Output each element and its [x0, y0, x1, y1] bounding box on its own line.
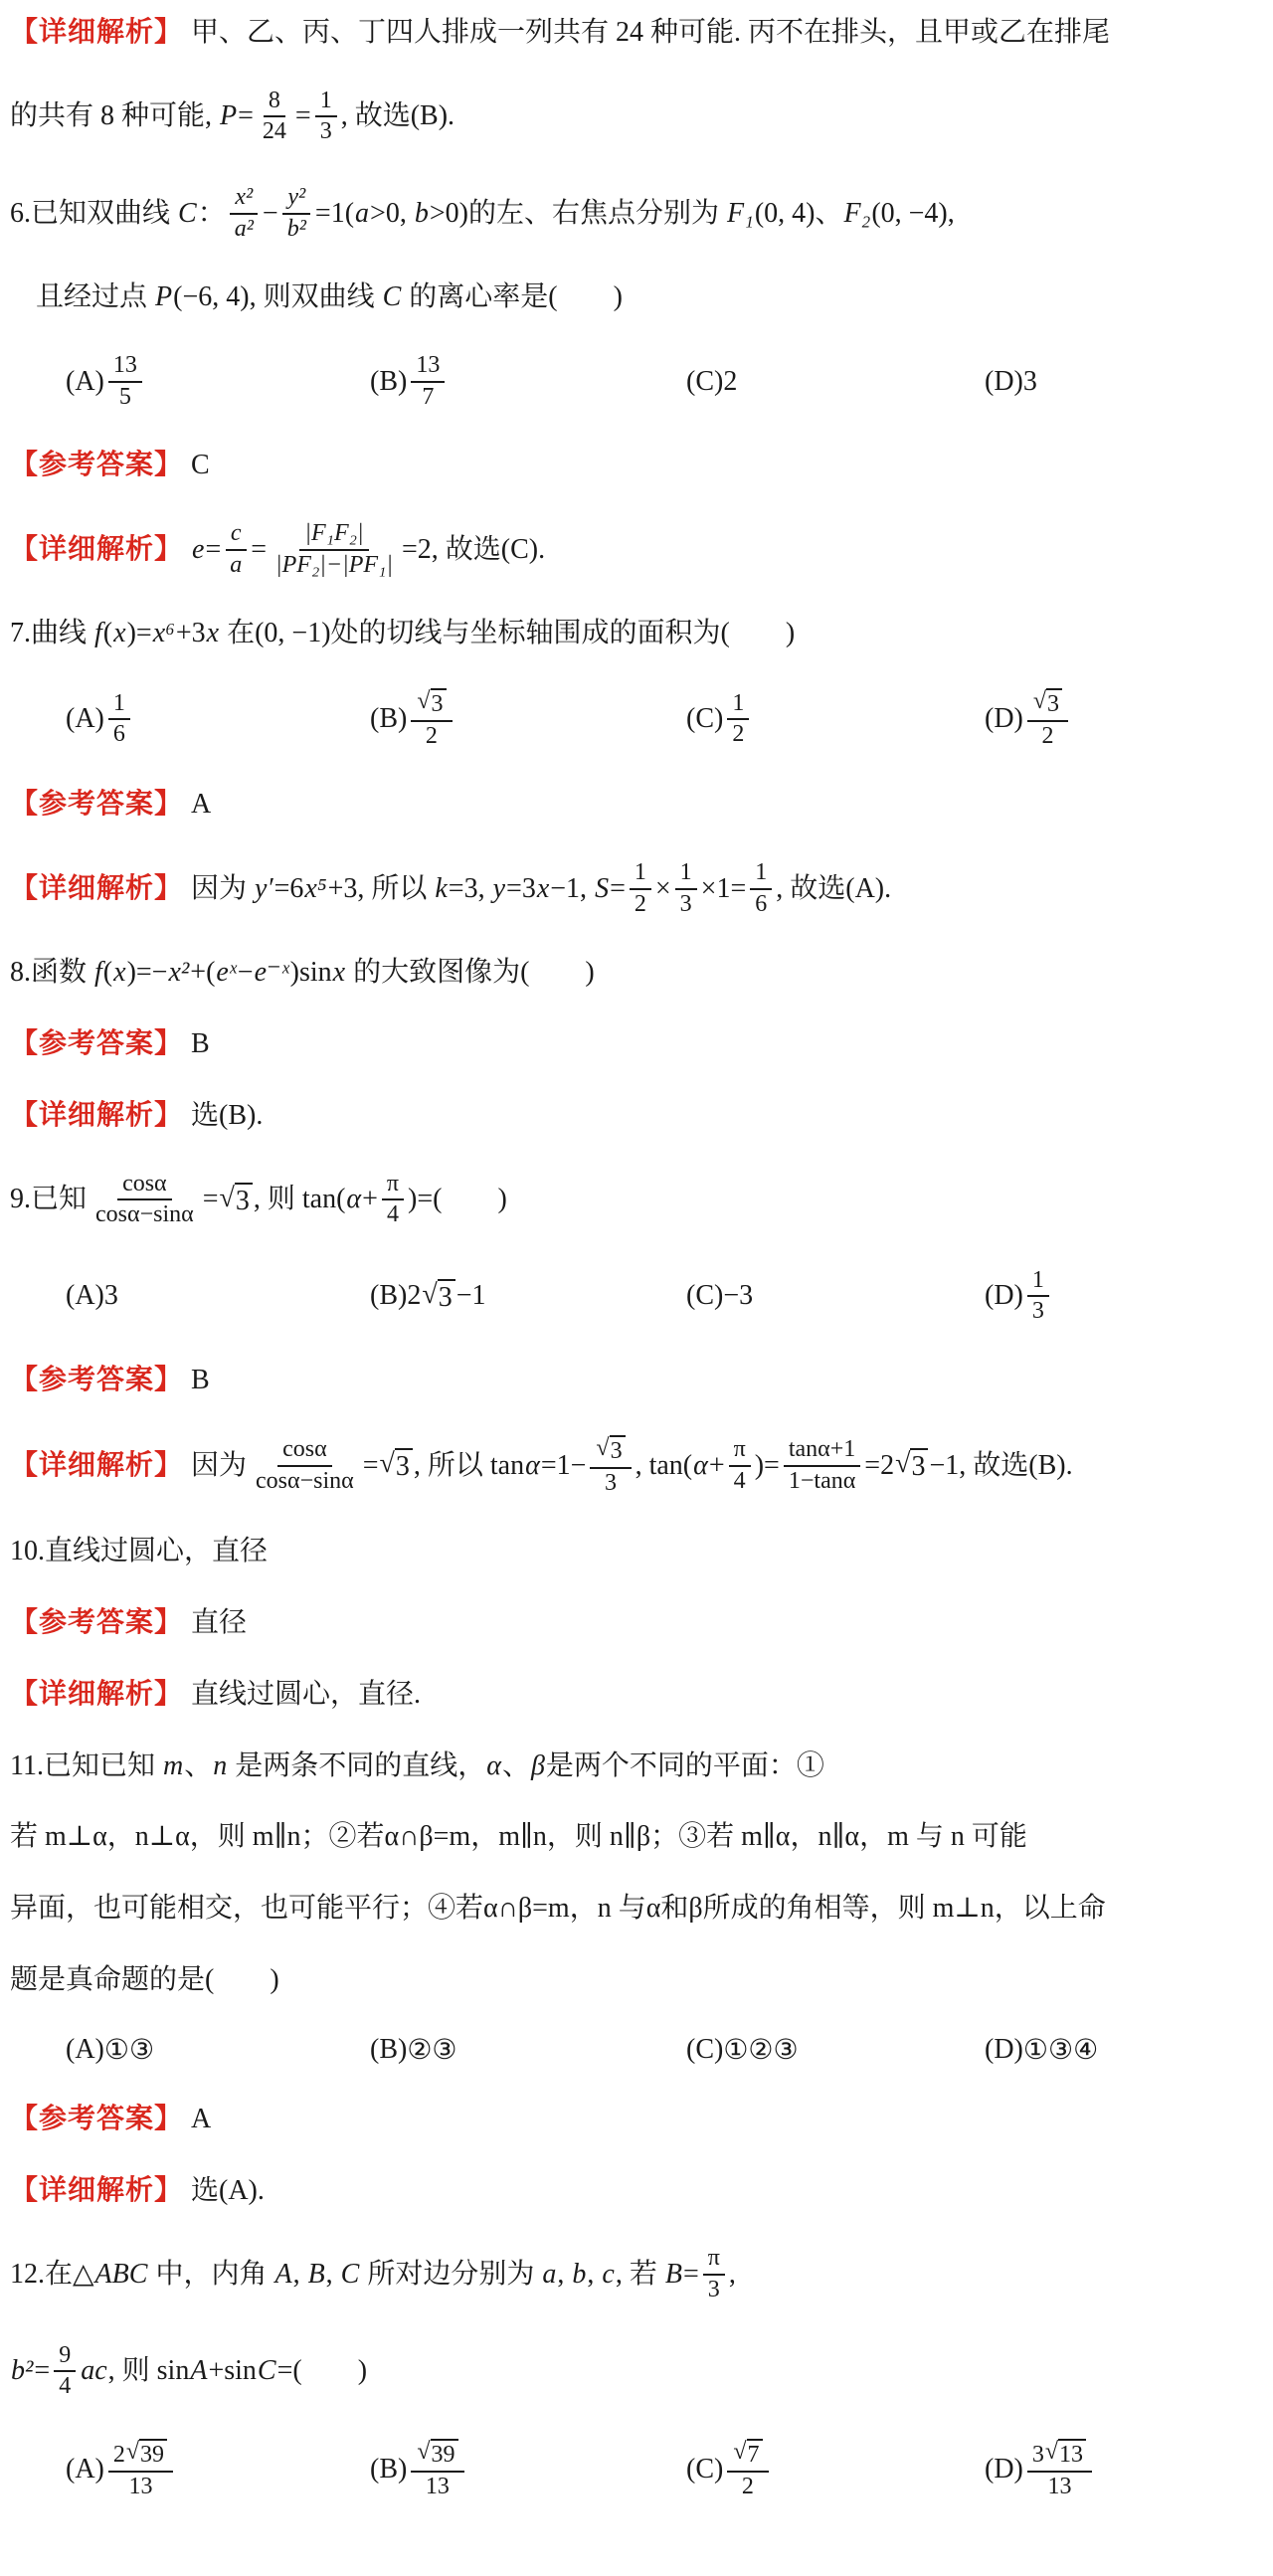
text-run: B: [191, 1362, 210, 1399]
text-run: 2: [1041, 723, 1053, 751]
text-run: 1−tanα: [789, 1468, 855, 1496]
math-var: m: [162, 1748, 184, 1785]
option-label: (C): [686, 703, 723, 735]
radicand: 3: [438, 1279, 455, 1315]
text-run: 1: [320, 88, 332, 115]
options-row: (A)135(B)137(C)2(D)3: [10, 350, 1265, 413]
text-run: 9.已知: [10, 1181, 87, 1218]
text-run: =1(: [315, 195, 354, 233]
math-var: A: [189, 2352, 208, 2390]
fraction: |F₁F₂||PF₂|−|PF₁|: [271, 520, 398, 579]
text-run: 中，内角: [148, 2256, 273, 2294]
math-var: x: [112, 954, 126, 992]
options-row: (A)①③(B)②③(C)①②③(D)①③④: [10, 2033, 1265, 2067]
answer-paragraph: 【参考答案】A: [10, 2101, 1265, 2138]
option-c: (C)12: [686, 688, 985, 751]
option-label: (B): [370, 1280, 407, 1312]
text-run: 2: [113, 2442, 125, 2470]
text-run: −1, 故选(B).: [929, 1447, 1072, 1485]
numerator: √3: [1027, 688, 1068, 722]
text-run: )=−: [127, 954, 168, 992]
answer-paragraph: 【参考答案】A: [10, 786, 1265, 824]
math-var: C: [257, 2352, 277, 2390]
text-run: cosα: [122, 1171, 167, 1198]
option-label: (B): [370, 2454, 407, 2485]
option-label: (D): [985, 2034, 1023, 2066]
text-run: >0)的左、右焦点分别为: [430, 195, 726, 233]
option-a: (A)135: [66, 350, 370, 413]
sqrt-expr: √13: [1045, 2439, 1086, 2470]
text-run: =2: [864, 1447, 894, 1485]
math-var: B: [307, 2256, 326, 2294]
analysis-label: 【详细解析】: [10, 1447, 183, 1485]
radicand: 3: [235, 1183, 253, 1218]
options-row: (A)2√3913(B)√3913(C)√72(D)3√1313: [10, 2437, 1265, 2502]
text-run: )sin: [290, 954, 332, 992]
fraction: √3913: [411, 2439, 463, 2500]
math-var: α: [692, 1447, 709, 1485]
fraction: 12: [727, 690, 749, 749]
option-d: (D)3: [985, 366, 1265, 398]
fraction: 135: [108, 352, 142, 411]
sqrt-expr: √3: [422, 1279, 455, 1315]
analysis-label: 【详细解析】: [10, 14, 183, 52]
analysis-paragraph: 【详细解析】直线过圆心，直径.: [10, 1676, 1265, 1714]
text-run: 5: [119, 384, 131, 412]
text-run: cosα: [282, 1436, 327, 1464]
math-var: x⁶: [152, 615, 176, 652]
answer-paragraph: 【参考答案】B: [10, 1362, 1265, 1399]
text-run: 是两条不同的直线，: [228, 1748, 485, 1785]
text-run: )=( ): [408, 1181, 507, 1218]
text-run: 2: [723, 366, 737, 398]
radicand: 3: [910, 1448, 928, 1484]
text-run: =: [34, 2352, 50, 2390]
denominator: 3: [1027, 1297, 1049, 1326]
text-run: 8.函数: [10, 954, 93, 992]
text-run: ①②③: [723, 2033, 798, 2067]
text-run: (0, 4)、: [755, 195, 843, 233]
numerator: tanα+1: [784, 1436, 860, 1467]
math-var: y: [492, 870, 506, 908]
option-label: (A): [66, 1280, 104, 1312]
paragraph: 6.已知双曲线 C：x²a²−y²b²=1(a>0, b>0)的左、右焦点分别为…: [10, 182, 1265, 245]
text-run: 4: [387, 1201, 399, 1229]
text-run: 选(A).: [191, 2172, 265, 2210]
option-label: (A): [66, 2454, 104, 2485]
denominator: 3: [703, 2276, 725, 2304]
math-var: c: [601, 2256, 615, 2294]
numerator: 9: [54, 2342, 76, 2373]
text-run: , 若: [616, 2256, 664, 2294]
math-var: A: [273, 2256, 292, 2294]
fraction: x²a²: [230, 184, 259, 243]
text-run: 是两个不同的平面：①: [546, 1748, 824, 1785]
options-row: (A)3(B)2√3−1(C)−3(D)13: [10, 1265, 1265, 1328]
denominator: 1−tanα: [784, 1467, 860, 1496]
text-run: π: [387, 1171, 399, 1198]
text-run: a: [230, 552, 242, 580]
options-row: (A)16(B)√32(C)12(D)√32: [10, 686, 1265, 752]
math-var: e⁻ˣ: [254, 954, 290, 992]
text-run: |F₁F₂|: [304, 520, 363, 548]
analysis-label: 【详细解析】: [10, 1097, 183, 1135]
text-run: x²: [235, 184, 253, 212]
option-label: (C): [686, 366, 723, 398]
analysis-paragraph: 【详细解析】甲、乙、丙、丁四人排成一列共有 24 种可能. 丙不在排头，且甲或乙…: [10, 14, 1265, 52]
fraction: √72: [727, 2439, 768, 2500]
text-run: 1: [680, 859, 692, 887]
numerator: y²: [282, 184, 310, 215]
text-run: +3: [176, 615, 206, 652]
paragraph: 10.直线过圆心，直径: [10, 1533, 1265, 1570]
fraction: π4: [382, 1171, 404, 1229]
option-a: (A)2√3913: [66, 2437, 370, 2502]
denominator: 13: [1042, 2473, 1076, 2501]
text-run: =6: [274, 870, 304, 908]
option-c: (C)√72: [686, 2437, 985, 2502]
numerator: 1: [750, 859, 772, 890]
radical-sign-icon: √: [417, 2439, 430, 2467]
paragraph: 若 m⊥α，n⊥α，则 m∥n；②若α∩β=m，m∥n，则 n∥β；③若 m∥α…: [10, 1818, 1265, 1856]
text-run: =1−: [541, 1447, 587, 1485]
fraction: 13: [675, 859, 697, 918]
numerator: 1: [108, 690, 130, 721]
numerator: π: [729, 1436, 751, 1467]
text-run: ,: [587, 2256, 601, 2294]
numerator: cosα: [117, 1171, 172, 1201]
text-run: cosα−sinα: [256, 1468, 354, 1496]
text-run: (: [103, 615, 112, 652]
paragraph: 12.在△ABC 中，内角 A, B, C 所对边分别为 a, b, c, 若 …: [10, 2243, 1265, 2305]
answer-label: 【参考答案】: [10, 1604, 183, 1642]
text-run: B: [191, 1025, 210, 1063]
answer-label: 【参考答案】: [10, 447, 183, 484]
text-run: >0,: [370, 195, 414, 233]
option-b: (B)137: [370, 350, 686, 413]
denominator: 2: [630, 890, 651, 919]
math-var: x: [206, 615, 220, 652]
text-run: 1: [635, 859, 646, 887]
answer-label: 【参考答案】: [10, 786, 183, 824]
fraction: 2√3913: [108, 2439, 173, 2500]
paragraph: 异面，也可能相交，也可能平行；④若α∩β=m，n 与α和β所成的角相等，则 m⊥…: [10, 1890, 1265, 1928]
text-run: −1: [456, 1280, 486, 1312]
denominator: 5: [114, 383, 136, 412]
text-run: 9: [59, 2342, 71, 2370]
radicand: 3: [1046, 688, 1062, 719]
paragraph: 题是真命题的是( ): [10, 1961, 1265, 1999]
text-run: |PF₂|−|PF₁|: [275, 552, 393, 580]
text-run: +sin: [208, 2352, 256, 2390]
sqrt-expr: √3: [1033, 688, 1062, 719]
fraction: 137: [411, 352, 445, 411]
text-run: 所对边分别为: [360, 2256, 541, 2294]
denominator: a²: [230, 215, 259, 244]
text-run: =: [363, 1447, 379, 1485]
fraction: tanα+11−tanα: [784, 1436, 860, 1495]
radicand: 7: [747, 2439, 763, 2470]
text-run: 13: [416, 352, 440, 380]
text-run: )=: [127, 615, 152, 652]
option-d: (D)13: [985, 1265, 1265, 1328]
text-run: π: [734, 1436, 746, 1464]
radical-sign-icon: √: [380, 1448, 395, 1480]
radicand: 39: [139, 2439, 167, 2470]
math-var: C: [382, 278, 403, 316]
text-run: , 故选(A).: [776, 870, 891, 908]
text-run: 3: [1032, 2442, 1044, 2470]
text-run: C: [191, 447, 210, 484]
paragraph: b²=94ac, 则 sinA+sinC=( ): [10, 2340, 1265, 2403]
text-run: (0, −4),: [871, 195, 954, 233]
text-run: +(: [190, 954, 215, 992]
text-run: 7.曲线: [10, 615, 93, 652]
text-run: =: [610, 870, 626, 908]
math-var: x: [332, 954, 346, 992]
text-run: 、: [184, 1748, 212, 1785]
text-run: =: [238, 97, 254, 135]
text-run: =2, 故选(C).: [402, 531, 545, 569]
numerator: 1: [630, 859, 651, 890]
text-run: =: [203, 1181, 219, 1218]
math-var: α: [524, 1447, 541, 1485]
answer-paragraph: 【参考答案】B: [10, 1025, 1265, 1063]
option-a: (A)16: [66, 688, 370, 751]
math-var: x²: [167, 954, 190, 992]
math-var: b: [571, 2256, 587, 2294]
radicand: 3: [431, 688, 447, 719]
option-c: (C)①②③: [686, 2033, 985, 2067]
text-run: 13: [1047, 2474, 1071, 2501]
paragraph: 8.函数 f(x)=−x²+(eˣ−e⁻ˣ)sinx 的大致图像为( ): [10, 954, 1265, 992]
text-run: ②③: [407, 2033, 456, 2067]
text-run: 2: [742, 2474, 754, 2501]
numerator: 13: [108, 352, 142, 383]
denominator: 6: [750, 890, 772, 919]
denominator: cosα−sinα: [91, 1200, 199, 1229]
fraction: 3√1313: [1027, 2439, 1092, 2500]
math-var: ac: [80, 2352, 107, 2390]
math-var: y′: [254, 870, 274, 908]
option-label: (B): [370, 2034, 407, 2066]
text-run: ①③: [104, 2033, 154, 2067]
text-run: 6.已知双曲线: [10, 195, 177, 233]
radical-sign-icon: √: [1033, 688, 1046, 716]
text-run: 4: [734, 1468, 746, 1496]
radical-sign-icon: √: [895, 1448, 910, 1480]
numerator: √3: [411, 688, 452, 722]
text-run: cosα−sinα: [95, 1201, 194, 1229]
option-label: (A): [66, 703, 104, 735]
text-run: 因为: [191, 870, 254, 908]
text-run: c: [231, 520, 242, 548]
numerator: c: [226, 520, 247, 551]
numerator: √3: [590, 1435, 631, 1469]
text-run: y²: [287, 184, 305, 212]
paragraph: 9.已知cosαcosα−sinα=√3, 则 tan(α+π4)=( ): [10, 1169, 1265, 1231]
denominator: |PF₂|−|PF₁|: [271, 551, 398, 580]
math-var: S: [594, 870, 610, 908]
analysis-label: 【详细解析】: [10, 531, 183, 569]
denominator: 6: [108, 720, 130, 749]
answer-label: 【参考答案】: [10, 1362, 183, 1399]
text-run: −1,: [550, 870, 594, 908]
option-a: (A)①③: [66, 2033, 370, 2067]
text-run: 1: [732, 690, 744, 718]
denominator: 4: [382, 1200, 404, 1229]
sqrt-expr: √39: [126, 2439, 167, 2470]
denominator: 2: [1036, 722, 1058, 751]
denominator: 24: [258, 117, 291, 146]
denominator: a: [225, 551, 247, 580]
text-run: ,: [729, 2256, 736, 2294]
fraction: 16: [750, 859, 772, 918]
option-label: (D): [985, 703, 1023, 735]
denominator: 4: [729, 1467, 751, 1496]
option-label: (B): [370, 366, 407, 398]
text-run: tanα+1: [789, 1436, 855, 1464]
math-var: x⁵: [303, 870, 327, 908]
text-run: =( ): [277, 2352, 367, 2390]
math-var: α: [485, 1748, 502, 1785]
option-b: (B)√32: [370, 686, 686, 752]
numerator: 2√39: [108, 2439, 173, 2473]
text-run: 甲、乙、丙、丁四人排成一列共有 24 种可能. 丙不在排头，且甲或乙在排尾: [191, 14, 1110, 52]
option-label: (C): [686, 1280, 723, 1312]
sqrt-expr: √39: [417, 2439, 457, 2470]
option-label: (D): [985, 366, 1023, 398]
option-label: (D): [985, 1280, 1023, 1312]
math-var: α: [345, 1181, 362, 1218]
denominator: 3: [600, 1469, 622, 1498]
fraction: ca: [225, 520, 247, 579]
sqrt-expr: √3: [895, 1448, 928, 1484]
math-var: P: [154, 278, 173, 316]
radical-sign-icon: √: [126, 2439, 139, 2467]
fraction: 16: [108, 690, 130, 749]
text-run: =3,: [449, 870, 492, 908]
text-run: =: [205, 531, 221, 569]
analysis-paragraph: 【详细解析】因为 y′=6x⁵+3, 所以 k=3, y=3x−1, S=12×…: [10, 857, 1265, 920]
text-run: 11.已知已知: [10, 1748, 162, 1785]
text-run: 3: [605, 1470, 617, 1498]
option-d: (D)3√1313: [985, 2437, 1265, 2502]
paragraph: 11.已知已知 m、n 是两条不同的直线，α、β是两个不同的平面：①: [10, 1748, 1265, 1785]
text-run: , 故选(B).: [341, 97, 455, 135]
fraction: √33: [590, 1435, 631, 1497]
analysis-paragraph: 【详细解析】e=ca=|F₁F₂||PF₂|−|PF₁|=2, 故选(C).: [10, 518, 1265, 581]
option-label: (A): [66, 2034, 104, 2066]
fraction: 824: [258, 88, 291, 146]
text-run: 的离心率是( ): [402, 278, 623, 316]
numerator: 8: [264, 88, 285, 118]
math-var: x: [536, 870, 550, 908]
text-run: 4: [59, 2373, 71, 2401]
text-run: ,: [293, 2256, 307, 2294]
numerator: 1: [675, 859, 697, 890]
radicand: 39: [431, 2439, 458, 2470]
radical-sign-icon: √: [596, 1435, 609, 1463]
text-run: (: [103, 954, 112, 992]
analysis-label: 【详细解析】: [10, 870, 183, 908]
option-b: (B)√3913: [370, 2437, 686, 2502]
text-run: b²: [287, 216, 306, 244]
option-label: (D): [985, 2454, 1023, 2485]
math-var: f: [93, 615, 103, 652]
denominator: 7: [417, 383, 439, 412]
option-label: (A): [66, 366, 104, 398]
sqrt-expr: √7: [733, 2439, 762, 2470]
numerator: 1: [727, 690, 749, 721]
numerator: π: [382, 1171, 404, 1201]
text-run: ×1=: [701, 870, 747, 908]
option-c: (C)−3: [686, 1280, 985, 1312]
text-run: 1: [1032, 1267, 1044, 1295]
analysis-label: 【详细解析】: [10, 2172, 183, 2210]
sqrt-expr: √3: [380, 1448, 413, 1484]
text-run: A: [191, 786, 211, 824]
numerator: cosα: [277, 1436, 332, 1467]
text-run: 、: [502, 1748, 530, 1785]
radical-sign-icon: √: [422, 1279, 437, 1311]
text-run: 异面，也可能相交，也可能平行；④若α∩β=m，n 与α和β所成的角相等，则 m⊥…: [10, 1890, 1106, 1928]
math-var: n: [212, 1748, 228, 1785]
denominator: 3: [315, 117, 337, 146]
fraction: 13: [1027, 1267, 1049, 1326]
radical-sign-icon: √: [220, 1183, 235, 1214]
text-run: +: [362, 1181, 378, 1218]
text-run: 7: [422, 384, 434, 412]
sqrt-expr: √3: [220, 1183, 253, 1218]
text-run: 3: [104, 1280, 118, 1312]
option-label: (C): [686, 2034, 723, 2066]
text-run: 3: [1023, 366, 1037, 398]
fraction: √32: [411, 688, 452, 750]
math-var: eˣ: [215, 954, 237, 992]
text-run: 若 m⊥α，n⊥α，则 m∥n；②若α∩β=m，m∥n，则 n∥β；③若 m∥α…: [10, 1818, 1027, 1856]
denominator: cosα−sinα: [251, 1467, 359, 1496]
text-run: )=: [755, 1447, 780, 1485]
option-label: (B): [370, 703, 407, 735]
document-page: 【详细解析】甲、乙、丙、丁四人排成一列共有 24 种可能. 丙不在排头，且甲或乙…: [0, 0, 1273, 2576]
text-run: =: [251, 531, 267, 569]
denominator: b²: [282, 215, 311, 244]
option-c: (C)2: [686, 366, 985, 398]
text-run: 的大致图像为( ): [346, 954, 595, 992]
text-run: 在(0, −1)处的切线与坐标轴围成的面积为( ): [220, 615, 795, 652]
fraction: √32: [1027, 688, 1068, 750]
text-run: (−6, 4), 则双曲线: [173, 278, 381, 316]
math-var: a: [354, 195, 370, 233]
text-run: ,: [326, 2256, 340, 2294]
text-run: ,: [557, 2256, 571, 2294]
fraction: π4: [729, 1436, 751, 1495]
paragraph: 7.曲线 f(x)=x⁶+3x 在(0, −1)处的切线与坐标轴围成的面积为( …: [10, 615, 1265, 652]
denominator: 2: [421, 722, 443, 751]
math-var: C: [340, 2256, 361, 2294]
radicand: 13: [1058, 2439, 1086, 2470]
text-run: , tan(: [636, 1447, 693, 1485]
text-run: 2: [426, 723, 438, 751]
answer-label: 【参考答案】: [10, 1025, 183, 1063]
answer-paragraph: 【参考答案】直径: [10, 1604, 1265, 1642]
option-b: (B)②③: [370, 2033, 686, 2067]
text-run: ①③④: [1023, 2033, 1098, 2067]
numerator: 1: [315, 88, 337, 118]
math-var: e: [191, 531, 205, 569]
text-run: =: [295, 97, 311, 135]
